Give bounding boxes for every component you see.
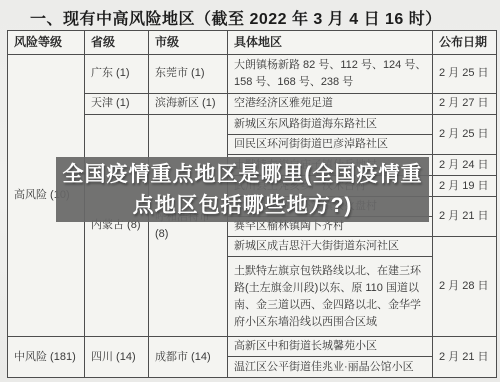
cell-date-feb25: 2 月 25 日 xyxy=(433,115,497,155)
cell-province-guangdong: 广东 (1) xyxy=(85,55,149,94)
document-title: 一、现有中高风险地区（截至 2022 年 3 月 4 日 16 时） xyxy=(30,6,494,29)
cell-date-feb19: 2 月 19 日 xyxy=(433,176,497,197)
header-specific-area: 具体地区 xyxy=(228,31,433,55)
cell-date-feb21-medium: 2 月 21 日 xyxy=(433,337,497,378)
table-row: 中风险 (181) 四川 (14) 成都市 (14) 高新区中和街道长城馨苑小区… xyxy=(8,337,497,357)
cell-city-binhai: 滨海新区 (1) xyxy=(149,94,228,115)
cell-area-gaoxin: 高新区中和街道长城馨苑小区 xyxy=(228,337,433,357)
watermark-text-line1: 全国疫情重点地区是哪里(全国疫情重 xyxy=(63,159,423,190)
cell-date-guangdong: 2 月 25 日 xyxy=(433,55,497,94)
cell-province-neimenggu: 内蒙古 (8) xyxy=(85,115,149,337)
cell-province-tianjin: 天津 (1) xyxy=(85,94,149,115)
table-header-row: 风险等级 省级 市级 具体地区 公布日期 xyxy=(8,31,497,55)
header-province: 省级 xyxy=(85,31,149,55)
watermark-text-line2: 点地区包括哪些地方?) xyxy=(133,190,353,221)
header-risk-level: 风险等级 xyxy=(8,31,85,55)
cell-city-chengdu: 成都市 (14) xyxy=(149,337,228,378)
scanned-document-page: 一、现有中高风险地区（截至 2022 年 3 月 4 日 16 时） 风险等级 … xyxy=(0,0,500,382)
header-city: 市级 xyxy=(149,31,228,55)
cell-area-wenjiang: 温江区公平街道佳兆业·丽晶公馆小区 xyxy=(228,357,433,378)
cell-city-dongguan: 东莞市 (1) xyxy=(149,55,228,94)
cell-area-konggang: 空港经济区雅苑足道 xyxy=(228,94,433,115)
cell-date-tianjin: 2 月 27 日 xyxy=(433,94,497,115)
cell-date-feb21-high: 2 月 21 日 xyxy=(433,197,497,237)
cell-province-sichuan: 四川 (14) xyxy=(85,337,149,378)
cell-date-feb24: 2 月 24 日 xyxy=(433,155,497,176)
cell-area-bayannao: 回民区环河街街道巴彦淖路社区 xyxy=(228,135,433,155)
header-publish-date: 公布日期 xyxy=(433,31,497,55)
cell-area-tumote-boundary: 土默特左旗京包铁路线以北、在建三环路(土左旗金川段)以东、原 110 国道以南、… xyxy=(228,257,433,337)
cell-date-feb28: 2 月 28 日 xyxy=(433,237,497,337)
cell-risk-medium: 中风险 (181) xyxy=(8,337,85,378)
cell-city-huhehaote: 呼和浩特市 (8) xyxy=(149,115,228,337)
table-row: 高风险 (10) 广东 (1) 东莞市 (1) 大朗镇杨新路 82 号、112 … xyxy=(8,55,497,94)
cell-area-haidonglu: 新城区东风路街道海东路社区 xyxy=(228,115,433,135)
cell-area-dalang: 大朗镇杨新路 82 号、112 号、124 号、158 号、168 号、238 … xyxy=(228,55,433,94)
watermark-overlay: 全国疫情重点地区是哪里(全国疫情重 点地区包括哪些地方?) xyxy=(56,157,429,222)
cell-area-donghe: 新城区成吉思汗大街街道东河社区 xyxy=(228,237,433,257)
